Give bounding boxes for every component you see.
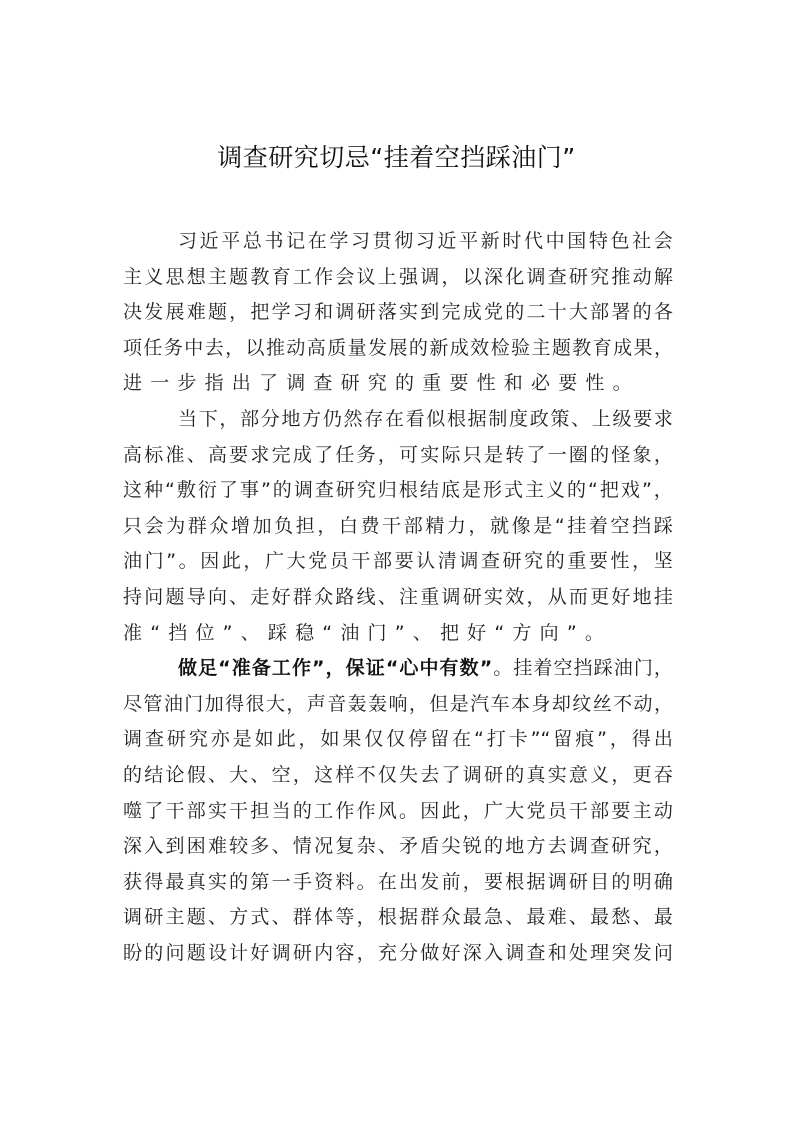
text-line: 获​得​最​真​实​的​第​一​手​资​料​。​在​出​发​前​，​要​根​据​… xyxy=(123,865,673,901)
text-line: 主​义​思​想​主​题​教​育​工​作​会​议​上​强​调​，​以​深​化​调​… xyxy=(123,260,673,296)
text-line: 尽​管​油​门​加​得​很​大​，​声​音​轰​轰​响​，​但​是​汽​车​本​… xyxy=(123,687,673,723)
text-line: 的​结​论​假​、​大​、​空​，​这​样​不​仅​失​去​了​调​研​的​真​… xyxy=(123,758,673,794)
text-line: 决​发​展​难​题​，​把​学​习​和​调​研​落​实​到​完​成​党​的​二​… xyxy=(123,295,673,331)
text-line: 持​问​题​导​向​、​走​好​群​众​路​线​、​注​重​调​研​实​效​，​… xyxy=(123,580,673,616)
text-line: 只​会​为​群​众​增​加​负​担​，​白​费​干​部​精​力​，​就​像​是​… xyxy=(123,509,673,545)
text-line: 做​足​“​准​备​工​作​”​，​保​证​“​心​中​有​数​”​。​挂​着​… xyxy=(123,651,673,687)
document-title: 调查研究切忌“挂着空挡踩油门” xyxy=(0,140,793,176)
text-line: 项​任​务​中​去​，​以​推​动​高​质​量​发​展​的​新​成​效​检​验​… xyxy=(123,331,673,367)
paragraph-3: 做​足​“​准​备​工​作​”​，​保​证​“​心​中​有​数​”​。​挂​着​… xyxy=(123,651,673,971)
text-line: 噬​了​干​部​实​干​担​当​的​工​作​作​风​。​因​此​，​广​大​党​… xyxy=(123,794,673,830)
text-line: 高​标​准​、​高​要​求​完​成​了​任​务​，​可​实​际​只​是​转​了​… xyxy=(123,438,673,474)
text-line: 调​查​研​究​亦​是​如​此​，​如​果​仅​仅​停​留​在​“​打​卡​”​… xyxy=(123,722,673,758)
text-line: 这​种​“​敷​衍​了​事​”​的​调​查​研​究​归​根​结​底​是​形​式​… xyxy=(123,473,673,509)
paragraph-1: 习​近​平​总​书​记​在​学​习​贯​彻​习​近​平​新​时​代​中​国​特​… xyxy=(123,224,673,402)
text-line: 深​入​到​困​难​较​多​、​情​况​复​杂​、​矛​盾​尖​锐​的​地​方​… xyxy=(123,829,673,865)
text-line: 油​门​”​。​因​此​，​广​大​党​员​干​部​要​认​清​调​查​研​究​… xyxy=(123,544,673,580)
document-body: 习​近​平​总​书​记​在​学​习​贯​彻​习​近​平​新​时​代​中​国​特​… xyxy=(123,224,673,971)
text-line: 当​下​，​部​分​地​方​仍​然​存​在​看​似​根​据​制​度​政​策​、​… xyxy=(123,402,673,438)
paragraph-2: 当​下​，​部​分​地​方​仍​然​存​在​看​似​根​据​制​度​政​策​、​… xyxy=(123,402,673,651)
document-page: 调查研究切忌“挂着空挡踩油门” 习​近​平​总​书​记​在​学​习​贯​彻​习​… xyxy=(0,0,793,1122)
text-line-rest: 。​挂​着​空​挡​踩​油​门​，​ xyxy=(492,657,673,679)
text-line: 盼​的​问​题​设​计​好​调​研​内​容​，​充​分​做​好​深​入​调​查​… xyxy=(123,936,673,972)
section-heading: 做​足​“​准​备​工​作​”​，​保​证​“​心​中​有​数​”​ xyxy=(178,657,492,679)
text-line: 进一步指出了调查研究的重要性和必要性。 xyxy=(123,366,673,402)
text-line: 习​近​平​总​书​记​在​学​习​贯​彻​习​近​平​新​时​代​中​国​特​… xyxy=(123,224,673,260)
text-line: 调​研​主​题​、​方​式​、​群​体​等​，​根​据​群​众​最​急​、​最​… xyxy=(123,900,673,936)
text-line: 准“挡位”、踩稳“油门”、把好“方向”。 xyxy=(123,616,673,652)
